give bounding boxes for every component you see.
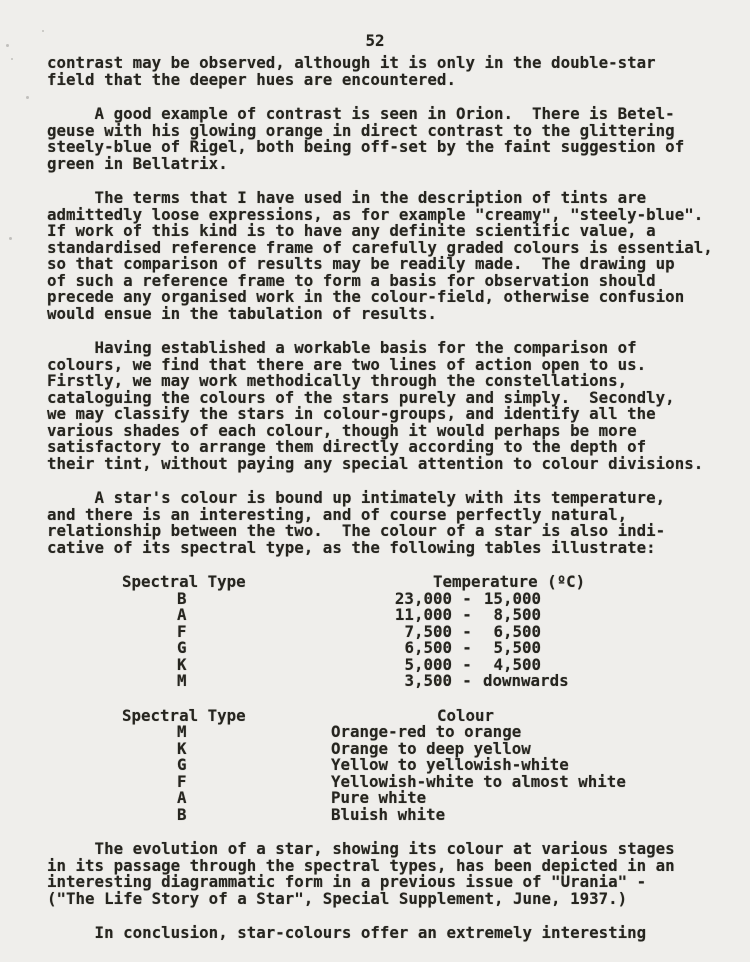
text-line: their tint, without paying any special a… (47, 456, 736, 473)
table-row: F7,500-6,500 (47, 624, 736, 641)
text-line: field that the deeper hues are encounter… (47, 72, 736, 89)
paragraph: contrast may be observed, although it is… (47, 55, 736, 88)
paragraph: The evolution of a star, showing its col… (47, 841, 736, 907)
text-line: cative of its spectral type, as the foll… (47, 540, 736, 557)
table-header-row: Spectral TypeTemperature (ºC) (47, 574, 736, 591)
page-body: contrast may be observed, although it is… (47, 55, 736, 960)
temperature-from-cell: 3,500 (302, 673, 452, 690)
table-row: BBluish white (47, 807, 736, 824)
paragraph: A good example of contrast is seen in Or… (47, 106, 736, 172)
spectral-type-cell: B (177, 807, 187, 824)
temperature-to-cell: downwards (483, 673, 569, 690)
spectral-temperature-table: Spectral TypeTemperature (ºC)B23,000-15,… (47, 574, 736, 690)
text-line: would ensue in the tabulation of results… (47, 306, 736, 323)
paragraph: A star's colour is bound up intimately w… (47, 490, 736, 556)
page-number: 52 (0, 33, 750, 50)
table-row: G6,500-5,500 (47, 640, 736, 657)
document-page: 52 contrast may be observed, although it… (0, 0, 750, 962)
table-row: K5,000-4,500 (47, 657, 736, 674)
text-line: ("The Life Story of a Star", Special Sup… (47, 891, 736, 908)
text-line: green in Bellatrix. (47, 156, 736, 173)
text-line: In conclusion, star-colours offer an ext… (47, 925, 736, 942)
paragraph: In conclusion, star-colours offer an ext… (47, 925, 736, 942)
scan-speckle (42, 30, 44, 32)
spectral-type-cell: M (177, 673, 187, 690)
paragraph: Having established a workable basis for … (47, 340, 736, 472)
spectral-colour-table: Spectral TypeColourMOrange-red to orange… (47, 708, 736, 824)
range-dash: - (460, 673, 474, 690)
table-row: A11,000-8,500 (47, 607, 736, 624)
table-row: B23,000-15,000 (47, 591, 736, 608)
colour-cell: Bluish white (331, 807, 445, 824)
paragraph: The terms that I have used in the descri… (47, 190, 736, 322)
table-row: M3,500-downwards (47, 673, 736, 690)
scan-speckle (26, 96, 29, 99)
scan-speckle (9, 237, 12, 240)
scan-speckle (11, 58, 13, 60)
